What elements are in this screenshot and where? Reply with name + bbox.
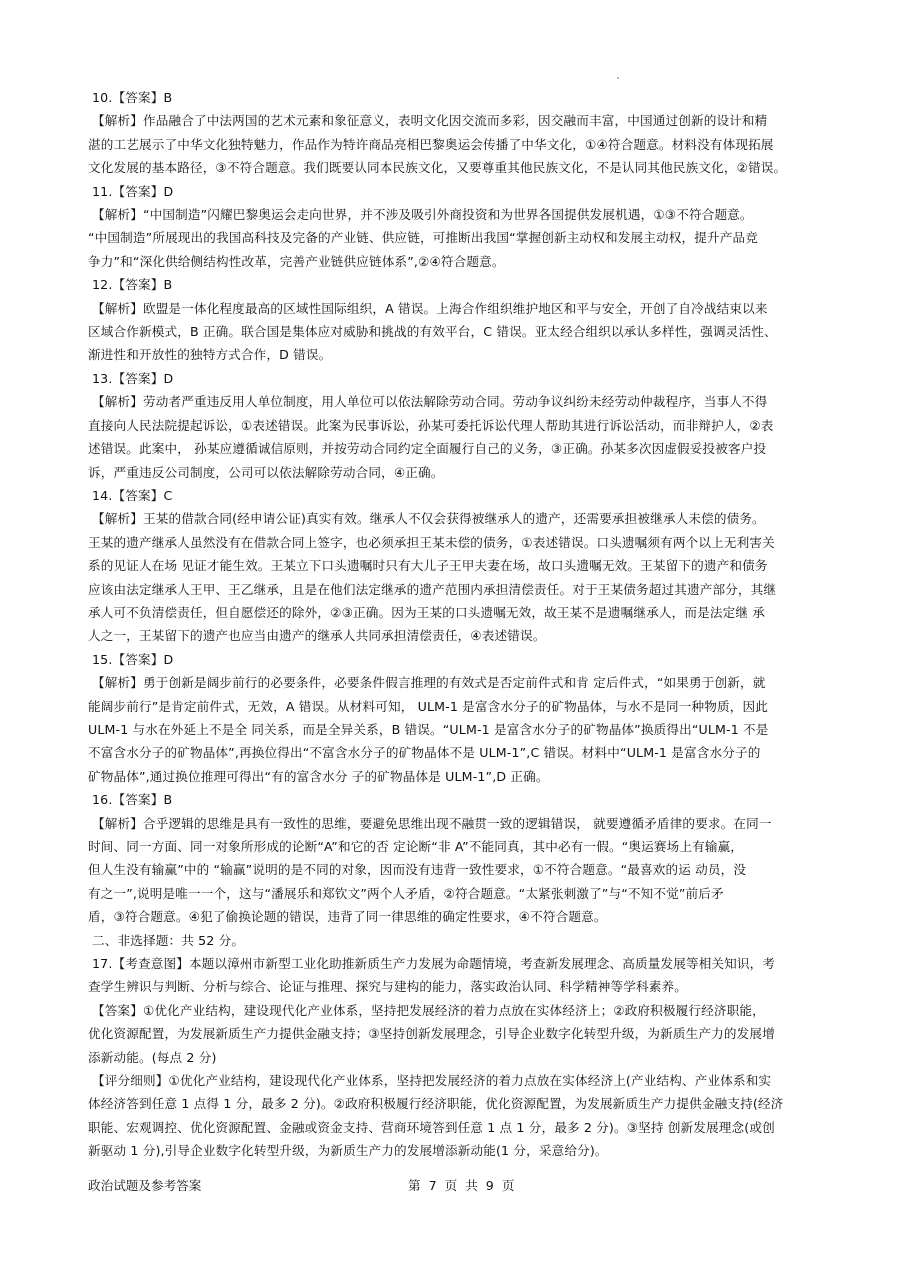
analysis-line: 人之一，王某留下的遗产也应当由遗产的继承人共同承担清偿责任，④表述错误。 xyxy=(88,624,848,647)
analysis-line: 【解析】勇于创新是阔步前行的必要条件，必要条件假言推理的有效式是否定前件式和肯 … xyxy=(88,671,848,694)
analysis-line: 文化发展的基本路径，③不符合题意。我们既要认同本民族文化，又要尊重其他民族文化，… xyxy=(88,156,848,179)
rubric-line: 新驱动 1 分),引导企业数字化转型升级，为新质生产力的发展增添新动能(1 分，… xyxy=(88,1139,848,1162)
scan-artifact-dot xyxy=(617,77,619,79)
analysis-line: 区域合作新模式，B 正确。联合国是集体应对威胁和挑战的有效平台，C 错误。亚太经… xyxy=(88,320,848,343)
analysis-line: 【解析】“中国制造”闪耀巴黎奥运会走向世界，并不涉及吸引外商投资和为世界各国提供… xyxy=(88,203,848,226)
answer-heading: 13.【答案】D xyxy=(88,367,848,390)
document-body: 10.【答案】B 【解析】作品融合了中法两国的艺术元素和象征意义，表明文化因交流… xyxy=(88,86,848,1163)
question-16: 16.【答案】B 【解析】合乎逻辑的思维是具有一致性的思维，要避免思维出现不融贯… xyxy=(88,788,848,928)
answer-line: 优化资源配置，为发展新质生产力提供金融支持；③坚持创新发展理念，引导企业数字化转… xyxy=(88,1022,848,1045)
analysis-line: 湛的工艺展示了中华文化独特魅力，作品作为特许商品亮相巴黎奥运会传播了中华文化，①… xyxy=(88,133,848,156)
analysis-line: 诉，严重违反公司制度，公司可以依法解除劳动合同，④正确。 xyxy=(88,461,848,484)
question-14: 14.【答案】C 【解析】王某的借款合同(经申请公证)真实有效。继承人不仅会获得… xyxy=(88,484,848,648)
section-heading: 二、非选择题：共 52 分。 xyxy=(88,929,848,952)
analysis-line: 系的见证人在场 见证才能生效。王某立下口头遗嘱时只有大儿子王甲夫妻在场，故口头遗… xyxy=(88,554,848,577)
analysis-line: ULM-1 与水在外延上不是全 同关系，而是全异关系，B 错误。“ULM-1 是… xyxy=(88,718,848,741)
analysis-line: 【解析】作品融合了中法两国的艺术元素和象征意义，表明文化因交流而多彩，因交融而丰… xyxy=(88,109,848,132)
analysis-line: 【解析】王某的借款合同(经申请公证)真实有效。继承人不仅会获得被继承人的遗产，还… xyxy=(88,507,848,530)
analysis-line: 【解析】合乎逻辑的思维是具有一致性的思维，要避免思维出现不融贯一致的逻辑错误， … xyxy=(88,812,848,835)
analysis-line: 王某的遗产继承人虽然没有在借款合同上签字，也必须承担王某未偿的债务，①表述错误。… xyxy=(88,531,848,554)
rubric-line: 【评分细则】①优化产业结构，建设现代化产业体系，坚持把发展经济的着力点放在实体经… xyxy=(88,1069,848,1092)
analysis-line: 但人生没有输赢”中的 “输赢”说明的是不同的对象，因而没有违背一致性要求，①不符… xyxy=(88,858,848,881)
analysis-line: 应该由法定继承人王甲、王乙继承，且是在他们法定继承的遗产范围内承担清偿责任。对于… xyxy=(88,578,848,601)
analysis-line: 时间、同一方面、同一对象所形成的论断“A”和它的否 定论断“非 A”不能同真，其… xyxy=(88,835,848,858)
intent-line: 查学生辨识与判断、分析与综合、论证与推理、探究与建构的能力，落实政治认同、科学精… xyxy=(88,975,848,998)
intent-line: 17.【考查意图】本题以漳州市新型工业化助推新质生产力发展为命题情境，考查新发展… xyxy=(88,952,848,975)
question-15: 15.【答案】D 【解析】勇于创新是阔步前行的必要条件，必要条件假言推理的有效式… xyxy=(88,648,848,788)
question-17: 17.【考查意图】本题以漳州市新型工业化助推新质生产力发展为命题情境，考查新发展… xyxy=(88,952,848,1163)
rubric-line: 体经济答到任意 1 点得 1 分，最多 2 分)。②政府积极履行经济职能，优化资… xyxy=(88,1092,848,1115)
analysis-line: 不富含水分子的矿物晶体”,再换位得出“不富含水分子的矿物晶体不是 ULM-1”,… xyxy=(88,741,848,764)
footer-doc-title: 政治试题及参考答案 xyxy=(88,1175,201,1194)
analysis-line: 盾，③符合题意。④犯了偷换论题的错误，违背了同一律思维的确定性要求，④不符合题意… xyxy=(88,905,848,928)
analysis-line: 渐进性和开放性的独特方式合作，D 错误。 xyxy=(88,343,848,366)
question-12: 12.【答案】B 【解析】欧盟是一体化程度最高的区域性国际组织，A 错误。上海合… xyxy=(88,273,848,367)
question-13: 13.【答案】D 【解析】劳动者严重违反用人单位制度，用人单位可以依法解除劳动合… xyxy=(88,367,848,484)
answer-heading: 16.【答案】B xyxy=(88,788,848,811)
question-10: 10.【答案】B 【解析】作品融合了中法两国的艺术元素和象征意义，表明文化因交流… xyxy=(88,86,848,180)
answer-heading: 15.【答案】D xyxy=(88,648,848,671)
answer-heading: 14.【答案】C xyxy=(88,484,848,507)
rubric-line: 职能、宏观调控、优化资源配置、金融或资金支持、营商环境答到任意 1 点 1 分，… xyxy=(88,1116,848,1139)
answer-heading: 10.【答案】B xyxy=(88,86,848,109)
answer-line: 【答案】①优化产业结构，建设现代化产业体系，坚持把发展经济的着力点放在实体经济上… xyxy=(88,999,848,1022)
footer-page-number: 第 7 页 共 9 页 xyxy=(408,1175,516,1194)
analysis-line: 矿物晶体”,通过换位推理可得出“有的富含水分 子的矿物晶体是 ULM-1”,D … xyxy=(88,765,848,788)
answer-line: 添新动能。(每点 2 分) xyxy=(88,1046,848,1069)
analysis-line: 【解析】劳动者严重违反用人单位制度，用人单位可以依法解除劳动合同。劳动争议纠纷未… xyxy=(88,390,848,413)
analysis-line: 有之一”,说明是唯一一个，这与“潘展乐和郑钦文”两个人矛盾，②符合题意。“太紧张… xyxy=(88,882,848,905)
analysis-line: 直接向人民法院提起诉讼，①表述错误。此案为民事诉讼，孙某可委托诉讼代理人帮助其进… xyxy=(88,414,848,437)
analysis-line: 争力”和“深化供给侧结构性改革，完善产业链供应链体系”,②④符合题意。 xyxy=(88,250,848,273)
question-11: 11.【答案】D 【解析】“中国制造”闪耀巴黎奥运会走向世界，并不涉及吸引外商投… xyxy=(88,180,848,274)
analysis-line: 承人可不负清偿责任，但自愿偿还的除外，②③正确。因为王某的口头遗嘱无效，故王某不… xyxy=(88,601,848,624)
answer-heading: 12.【答案】B xyxy=(88,273,848,296)
analysis-line: 述错误。此案中， 孙某应遵循诚信原则，并按劳动合同约定全面履行自己的义务，③正确… xyxy=(88,437,848,460)
analysis-line: “中国制造”所展现出的我国高科技及完备的产业链、供应链，可推断出我国“掌握创新主… xyxy=(88,226,848,249)
analysis-line: 【解析】欧盟是一体化程度最高的区域性国际组织，A 错误。上海合作组织维护地区和平… xyxy=(88,297,848,320)
answer-heading: 11.【答案】D xyxy=(88,180,848,203)
analysis-line: 能阔步前行”是肯定前件式，无效，A 错误。从材料可知， ULM-1 是富含水分子… xyxy=(88,695,848,718)
